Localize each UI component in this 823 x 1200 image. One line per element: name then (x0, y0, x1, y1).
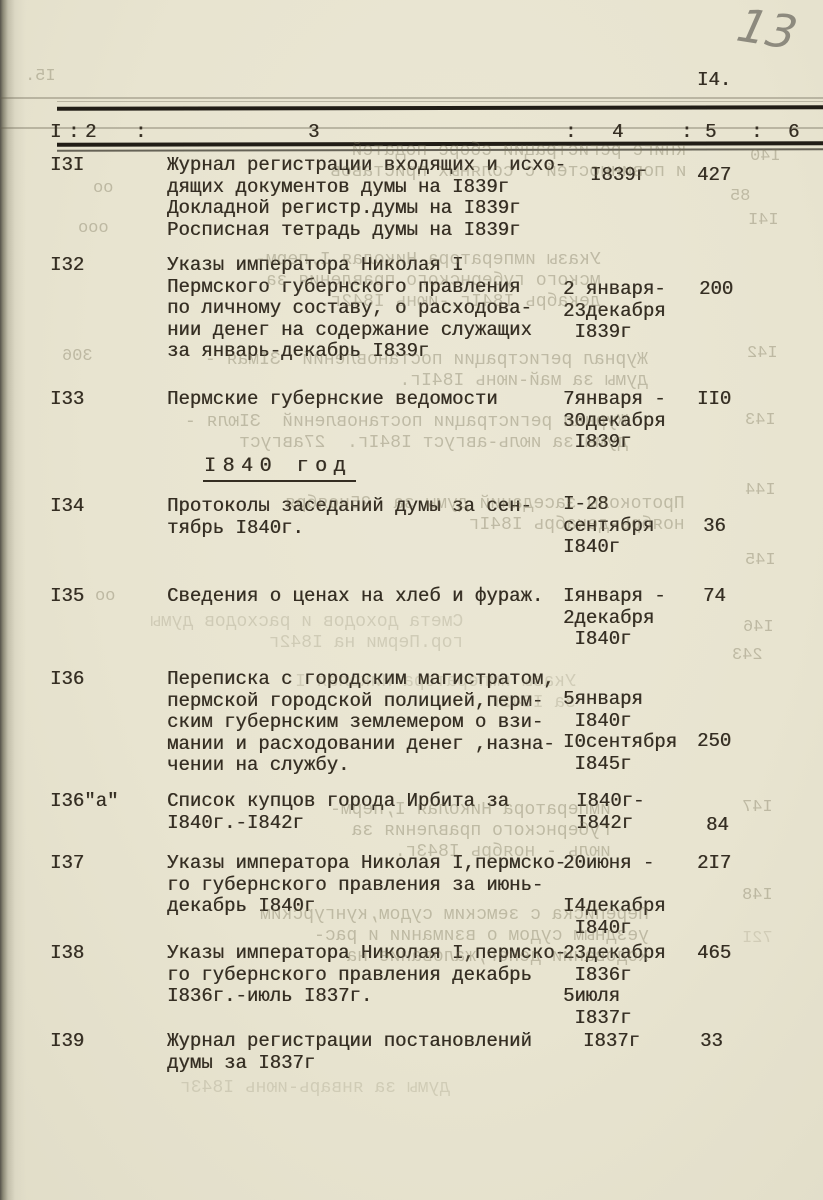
row-number-cell: I36 (50, 669, 84, 691)
header-col-1: I (50, 122, 61, 144)
header-col-3: 3 (308, 122, 319, 144)
description-cell: Пермские губернские ведомости (167, 389, 498, 411)
count-cell: 427 (697, 165, 731, 187)
row-number-cell: I39 (50, 1031, 84, 1053)
bleedthrough-text: Журнал регистрации постановлений ЗIюля -… (185, 412, 628, 454)
row-number-cell: I34 (50, 496, 84, 518)
bleedthrough-text: 243 (732, 645, 763, 666)
bleedthrough-text: 85 (730, 186, 750, 207)
bleedthrough-text: I48 (742, 885, 773, 906)
row-number-cell: I35 (50, 586, 84, 608)
count-cell: 84 (706, 815, 729, 837)
bleedthrough-text: Указы императора Николая I за I842г (295, 672, 576, 714)
bleedthrough-text: Переписка с земским судом,кунгурским уез… (260, 905, 649, 968)
pencil-line (57, 101, 823, 102)
column-separator: : (68, 122, 79, 144)
description-cell: Сведения о ценах на хлеб и фураж. (167, 586, 543, 608)
bleedthrough-text: I5. (25, 66, 56, 87)
table-rule-top (57, 105, 823, 111)
bleedthrough-text: ооо (78, 218, 109, 239)
bleedthrough-text: I40 (750, 146, 781, 167)
bleedthrough-text: оо (95, 586, 115, 607)
count-cell: 74 (703, 586, 726, 608)
bleedthrough-text: I44 (745, 480, 776, 501)
dates-cell: Iянваря - 2декабря I840г (563, 586, 666, 651)
row-number-cell: I32 (50, 255, 84, 277)
bleedthrough-text: Смета доходов и расходов думы гор.Перми … (150, 612, 463, 654)
bleedthrough-text: книге регистрации сборе податей и повинн… (330, 141, 686, 183)
count-cell: 200 (699, 279, 733, 301)
bleedthrough-text: I46 (743, 617, 774, 638)
bleedthrough-text: I43 (745, 410, 776, 431)
bleedthrough-text: Указы императора Николая I,перм- мского … (255, 250, 601, 313)
bleedthrough-text: I42 (747, 343, 778, 364)
bleedthrough-text: 306 (62, 346, 93, 367)
bleedthrough-text: I47 (742, 797, 773, 818)
scanned-archive-page: 13 I4. I : 2 : 3 : 4 : 5 : 6 I3I Журнал … (0, 0, 823, 1200)
bleedthrough-text: Протоколы заседаний думы за 25ноября ноя… (285, 494, 685, 536)
row-number-cell: I33 (50, 389, 84, 411)
bleedthrough-text: I4I (748, 210, 779, 231)
row-number-cell: I37 (50, 853, 84, 875)
row-number-cell: I3I (50, 155, 84, 177)
column-separator: : (751, 122, 762, 144)
row-number-cell: I38 (50, 943, 84, 965)
pencil-line (0, 127, 823, 129)
bleedthrough-text: 72I (742, 928, 773, 949)
dates-cell: I837г (583, 1031, 640, 1053)
count-cell: 33 (700, 1031, 723, 1053)
count-cell: 2I7 (697, 853, 731, 875)
pencil-line (0, 97, 823, 99)
header-col-6: 6 (788, 122, 799, 144)
count-cell: II0 (697, 389, 731, 411)
handwritten-folio-number: 13 (732, 0, 802, 60)
header-col-5: 5 (705, 122, 716, 144)
bleedthrough-text: думы за январь-июнь I843г (180, 1078, 450, 1099)
bleedthrough-text: императора Николая I,перм- губернского п… (330, 800, 611, 863)
count-cell: 36 (703, 516, 726, 538)
row-number-cell: I36"а" (50, 791, 118, 813)
count-cell: 250 (697, 731, 731, 753)
section-heading: I840 год (203, 456, 356, 482)
bleedthrough-text: I45 (745, 550, 776, 571)
column-separator: : (135, 122, 146, 144)
dates-cell: 5января I840г I0сентября I845г (563, 689, 677, 775)
page-number: I4. (697, 70, 731, 92)
header-col-2: 2 (85, 122, 96, 144)
bleedthrough-text: Журнал регистрации постановлений ЗIмая -… (205, 350, 648, 392)
count-cell: 465 (697, 943, 731, 965)
description-cell: Журнал регистрации постановлений думы за… (167, 1031, 532, 1074)
bleedthrough-text: оо (93, 178, 113, 199)
